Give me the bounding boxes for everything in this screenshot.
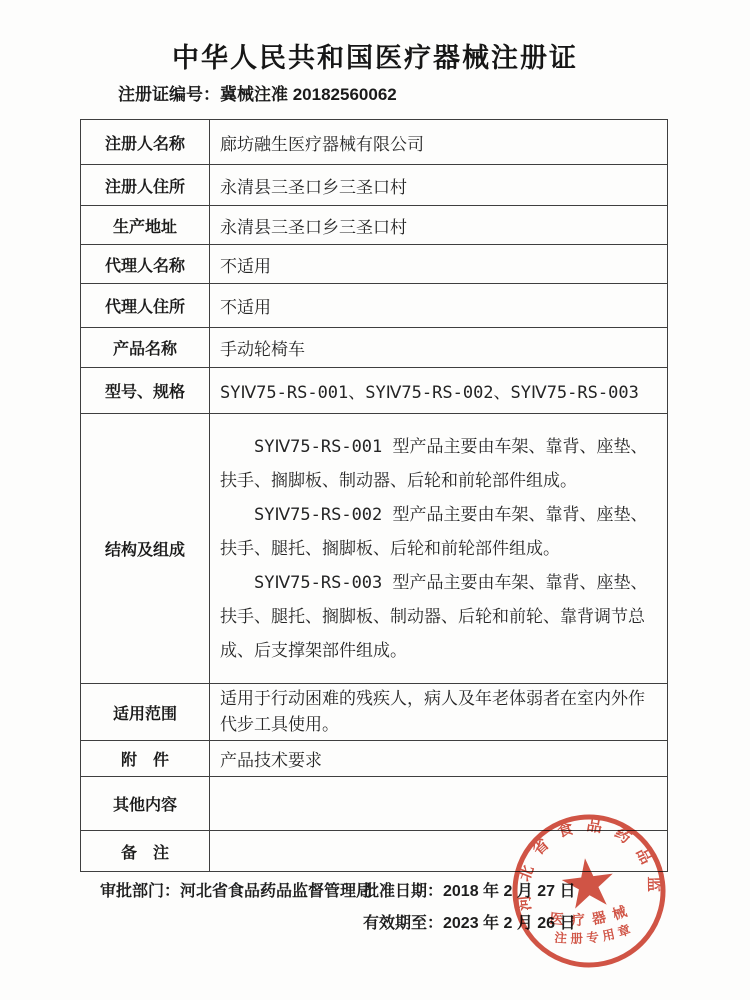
table-row: 附 件 产品技术要求 [81, 741, 668, 777]
row-label: 代理人名称 [81, 245, 210, 284]
row-label: 注册人住所 [81, 165, 210, 206]
page-title: 中华人民共和国医疗器械注册证 [0, 36, 750, 75]
certificate-number: 注册证编号：冀械注准 20182560062 [118, 80, 397, 105]
row-label: 代理人住所 [81, 284, 210, 328]
row-label: 生产地址 [81, 206, 210, 245]
row-label: 备 注 [81, 831, 210, 872]
table-row: 生产地址 永清县三圣口乡三圣口村 [81, 206, 668, 245]
row-value: 廊坊融生医疗器械有限公司 [210, 120, 668, 165]
star-icon [559, 855, 616, 910]
row-label: 结构及组成 [81, 414, 210, 684]
row-value: 永清县三圣口乡三圣口村 [210, 165, 668, 206]
row-value: SYⅣ75-RS-001 型产品主要由车架、靠背、座垫、扶手、搁脚板、制动器、后… [210, 414, 668, 684]
row-value: SYⅣ75-RS-001、SYⅣ75-RS-002、SYⅣ75-RS-003 [210, 368, 668, 414]
row-label: 型号、规格 [81, 368, 210, 414]
table-row: 型号、规格 SYⅣ75-RS-001、SYⅣ75-RS-002、SYⅣ75-RS… [81, 368, 668, 414]
row-value: 手动轮椅车 [210, 328, 668, 368]
table-row: 注册人名称 廊坊融生医疗器械有限公司 [81, 120, 668, 165]
row-value: 不适用 [210, 284, 668, 328]
row-label: 附 件 [81, 741, 210, 777]
row-label: 适用范围 [81, 684, 210, 741]
table-row: 注册人住所 永清县三圣口乡三圣口村 [81, 165, 668, 206]
row-label: 其他内容 [81, 777, 210, 831]
table-row: 代理人住所 不适用 [81, 284, 668, 328]
structure-paragraph: SYⅣ75-RS-002 型产品主要由车架、靠背、座垫、扶手、腿托、搁脚板、后轮… [220, 498, 657, 566]
row-label: 注册人名称 [81, 120, 210, 165]
certificate-table: 注册人名称 廊坊融生医疗器械有限公司 注册人住所 永清县三圣口乡三圣口村 生产地… [80, 119, 668, 872]
table-row: 结构及组成 SYⅣ75-RS-001 型产品主要由车架、靠背、座垫、扶手、搁脚板… [81, 414, 668, 684]
structure-paragraph: SYⅣ75-RS-001 型产品主要由车架、靠背、座垫、扶手、搁脚板、制动器、后… [220, 430, 657, 498]
table-row: 代理人名称 不适用 [81, 245, 668, 284]
row-label: 产品名称 [81, 328, 210, 368]
official-seal: 河北省食品药品监督管理局 医疗器械 注册专用章 [490, 792, 688, 990]
certificate-page: 中华人民共和国医疗器械注册证 注册证编号：冀械注准 20182560062 注册… [0, 0, 750, 1000]
table-row: 产品名称 手动轮椅车 [81, 328, 668, 368]
approval-department: 审批部门：河北省食品药品监督管理局 [100, 878, 372, 901]
row-value: 不适用 [210, 245, 668, 284]
row-value: 永清县三圣口乡三圣口村 [210, 206, 668, 245]
row-value: 适用于行动困难的残疾人，病人及年老体弱者在室内外作代步工具使用。 [210, 684, 668, 741]
structure-paragraph: SYⅣ75-RS-003 型产品主要由车架、靠背、座垫、扶手、腿托、搁脚板、制动… [220, 566, 657, 668]
row-value: 产品技术要求 [210, 741, 668, 777]
table-row: 适用范围 适用于行动困难的残疾人，病人及年老体弱者在室内外作代步工具使用。 [81, 684, 668, 741]
